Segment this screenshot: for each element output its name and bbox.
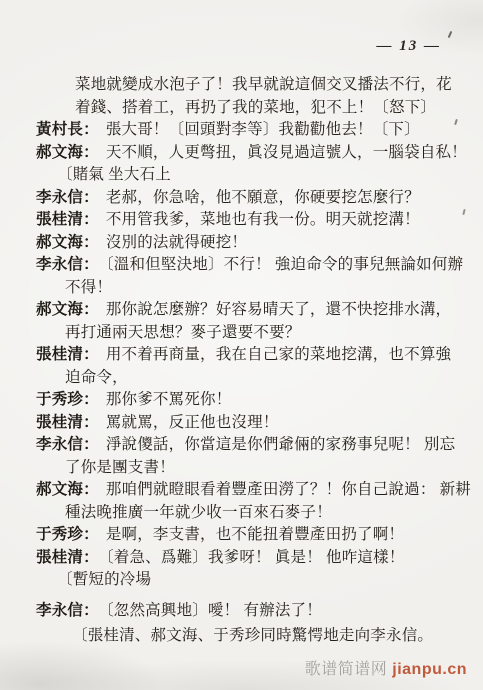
- page-number: — 13 —: [377, 38, 442, 55]
- line-text: 〔忽然高興地〕噯！ 有辦法了！: [106, 602, 322, 619]
- script-line: 〔暫短的冷場: [0, 569, 483, 592]
- script-line: 張桂清：罵就罵，反正他也沒理！: [0, 412, 483, 435]
- script-line: 于秀珍：是啊，李支書，也不能扭着豐產田扔了啊！: [0, 524, 483, 547]
- speaker-name: 于秀珍：: [36, 526, 99, 543]
- scan-speck: [448, 31, 453, 38]
- speaker-name: 李永信：: [36, 189, 99, 206]
- line-text: 是啊，李支書，也不能扭着豐產田扔了啊！: [106, 526, 404, 543]
- script-line: 李永信：〔溫和但堅決地〕不行！ 強迫命令的事兒無論如何辦: [0, 254, 483, 277]
- script-line: 黃村長：張大哥！〔回頭對李等〕我勸勸他去！〔下〕: [0, 119, 483, 142]
- script-line: 張桂清：用不着再商量，我在自己家的菜地挖溝，也不算強: [0, 344, 483, 367]
- line-text: 〔溫和但堅決地〕不行！ 強迫命令的事兒無論如何辦: [106, 256, 463, 273]
- speaker-name: 張桂清：: [36, 346, 99, 363]
- script-line: 郝文海：那你說怎麼辦？好容易晴天了，還不快挖排水溝，: [0, 299, 483, 322]
- script-body: 菜地就變成水泡子了！我早就說這個交叉播法不行，花着錢、搭着工，再扔了我的菜地，犯…: [0, 74, 483, 648]
- speaker-name: 張桂清：: [36, 414, 99, 431]
- script-line: 李永信：〔忽然高興地〕噯！ 有辦法了！: [0, 600, 483, 623]
- speaker-name: 郝文海：: [36, 234, 99, 251]
- speaker-name: 李永信：: [36, 436, 99, 453]
- line-text: 那你爹不罵死你！: [106, 391, 232, 408]
- watermark-site-url: jianpu.cn: [392, 661, 467, 678]
- script-line: 郝文海：那咱們就瞪眼看着豐產田澇了？！你自己說過： 新耕: [0, 479, 483, 502]
- line-text: 老郝，你急啥，他不願意，你硬要挖怎麼行？: [106, 189, 420, 206]
- line-text: 不得！: [65, 279, 112, 296]
- line-text: 天不順，人更彆扭，眞沒見過這號人，一腦袋自私！: [106, 144, 467, 161]
- script-line: 于秀珍：那你爹不罵死你！: [0, 389, 483, 412]
- line-text: 了你是團支書！: [65, 459, 175, 476]
- script-line: 着錢、搭着工，再扔了我的菜地，犯不上！〔怒下〕: [0, 97, 483, 120]
- line-text: 罵就罵，反正他也沒理！: [106, 414, 279, 431]
- script-line: 再打通兩天思想？麥子還要不要？: [0, 322, 483, 345]
- line-text: 〔賭氣 坐大石上: [57, 166, 171, 183]
- line-text: 種法晚推廣一年就少收一百來石麥子！: [65, 504, 332, 521]
- line-text: 再打通兩天思想？麥子還要不要？: [65, 324, 301, 341]
- scanned-page: — 13 — 菜地就變成水泡子了！我早就說這個交叉播法不行，花着錢、搭着工，再扔…: [0, 0, 483, 690]
- line-text: 沒別的法就得硬挖！: [106, 234, 247, 251]
- line-text: 那你說怎麼辦？好容易晴天了，還不快挖排水溝，: [106, 301, 451, 318]
- speaker-name: 于秀珍：: [36, 391, 99, 408]
- script-line: 〔張桂清、郝文海、于秀珍同時驚愕地走向李永信。: [0, 625, 483, 648]
- script-line: 李永信：淨說儍話，你當這是你們爺倆的家務事兒呢！ 別忘: [0, 434, 483, 457]
- speaker-name: 郝文海：: [36, 144, 99, 161]
- script-line: 不得！: [0, 277, 483, 300]
- line-text: 〔張桂清、郝文海、于秀珍同時驚愕地走向李永信。: [72, 627, 433, 644]
- line-text: 張大哥！〔回頭對李等〕我勸勸他去！〔下〕: [106, 121, 420, 138]
- script-line: 〔賭氣 坐大石上: [0, 164, 483, 187]
- speaker-name: 李永信：: [36, 602, 99, 619]
- speaker-name: 郝文海：: [36, 301, 99, 318]
- speaker-name: 黃村長：: [36, 121, 99, 138]
- speaker-name: 張桂清：: [36, 211, 99, 228]
- line-text: 淨說儍話，你當這是你們爺倆的家務事兒呢！ 別忘: [106, 436, 455, 453]
- speaker-name: 李永信：: [36, 256, 99, 273]
- script-line: 郝文海：天不順，人更彆扭，眞沒見過這號人，一腦袋自私！: [0, 142, 483, 165]
- line-text: 菜地就變成水泡子了！我早就說這個交叉播法不行，花: [75, 76, 452, 93]
- line-text: 〔暫短的冷場: [57, 571, 151, 588]
- script-line: 種法晚推廣一年就少收一百來石麥子！: [0, 502, 483, 525]
- line-text: 那咱們就瞪眼看着豐產田澇了？！你自己說過： 新耕: [106, 481, 471, 498]
- line-text: 〔着急、爲難〕我爹呀！ 眞是！ 他咋這樣！: [106, 549, 405, 566]
- script-line: 迫命令，: [0, 367, 483, 390]
- script-line: 張桂清：不用管我爹，菜地也有我一份。明天就挖溝！: [0, 209, 483, 232]
- script-line: 郝文海：沒別的法就得硬挖！: [0, 232, 483, 255]
- speaker-name: 張桂清：: [36, 549, 99, 566]
- script-line: 了你是團支書！: [0, 457, 483, 480]
- speaker-name: 郝文海：: [36, 481, 99, 498]
- watermark: 歌谱简谱网jianpu.cn: [305, 656, 467, 679]
- line-text: 迫命令，: [65, 369, 128, 386]
- line-text: 用不着再商量，我在自己家的菜地挖溝，也不算強: [106, 346, 451, 363]
- watermark-site-name: 歌谱简谱网: [305, 661, 388, 678]
- line-text: 着錢、搭着工，再扔了我的菜地，犯不上！〔怒下〕: [75, 99, 436, 116]
- script-line: 李永信：老郝，你急啥，他不願意，你硬要挖怎麼行？: [0, 187, 483, 210]
- script-line: 張桂清：〔着急、爲難〕我爹呀！ 眞是！ 他咋這樣！: [0, 547, 483, 570]
- script-line: 菜地就變成水泡子了！我早就說這個交叉播法不行，花: [0, 74, 483, 97]
- line-text: 不用管我爹，菜地也有我一份。明天就挖溝！: [106, 211, 420, 228]
